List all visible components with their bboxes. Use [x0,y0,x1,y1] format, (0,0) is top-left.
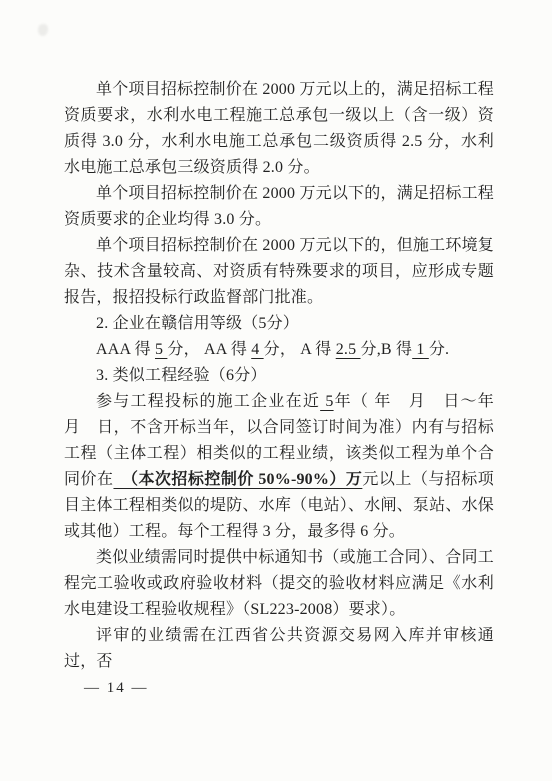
item-3-similar-experience: 3. 类似工程经验（6分） [64,363,494,389]
text-segment: 单个项目招标控制价在 2000 万元以下的，满足招标工程资质要求的企业均得 3.… [64,185,494,228]
text-segment: 分， AA 得 [167,341,251,358]
scan-smudge-mark [38,24,48,36]
underlined-text-segment: 2.5 [336,341,361,358]
text-segment: 分,B 得 [361,341,413,358]
para-control-price-below-2000: 单个项目招标控制价在 2000 万元以下的，满足招标工程资质要求的企业均得 3.… [64,181,494,233]
text-segment: 单个项目招标控制价在 2000 万元以上的，满足招标工程资质要求，水利水电工程施… [64,81,494,176]
para-evidence-materials: 类似业绩需同时提供中标通知书（或施工合同）、合同工程完工验收或政府验收材料（提交… [64,545,494,623]
text-segment: AAA 得 [96,341,155,358]
document-body-text: 单个项目招标控制价在 2000 万元以上的，满足招标工程资质要求，水利水电工程施… [64,77,494,675]
item-2-credit-rating: 2. 企业在赣信用等级（5分） [64,311,494,337]
para-credit-scores: AAA 得 5 分， AA 得 4 分， A 得 2.5 分,B 得 1 分. [64,337,494,363]
underlined-text-segment: （本次招标控制价 50%-90%）万 [113,471,362,488]
underlined-text-segment: 5 [155,341,167,358]
para-special-requirements: 单个项目招标控制价在 2000 万元以下的，但施工环境复杂、技术含量较高、对资质… [64,233,494,311]
underlined-text-segment: 5 [320,393,333,410]
text-segment: 类似业绩需同时提供中标通知书（或施工合同）、合同工程完工验收或政府验收材料（提交… [64,549,494,618]
scanned-document-page: 单个项目招标控制价在 2000 万元以上的，满足招标工程资质要求，水利水电工程施… [0,0,552,781]
text-segment: 评审的业绩需在江西省公共资源交易网入库并审核通过，否 [64,627,494,670]
para-control-price-above-2000: 单个项目招标控制价在 2000 万元以上的，满足招标工程资质要求，水利水电工程施… [64,77,494,181]
text-segment: 分. [429,341,449,358]
text-segment: 分， A 得 [264,341,336,358]
underlined-text-segment: 4 [251,341,263,358]
underlined-text-segment: 1 [412,341,429,358]
para-jiangxi-platform-review: 评审的业绩需在江西省公共资源交易网入库并审核通过，否 [64,623,494,675]
text-segment: 单个项目招标控制价在 2000 万元以下的，但施工环境复杂、技术含量较高、对资质… [64,237,494,306]
text-segment: 2. 企业在赣信用等级（5分） [96,315,299,332]
para-similar-project-rule: 参与工程投标的施工企业在近 5年（ 年 月 日～年 月 日，不含开标当年，以合同… [64,389,494,545]
page-number: — 14 — [84,680,149,697]
text-segment: 3. 类似工程经验（6分） [96,367,267,384]
text-segment: 参与工程投标的施工企业在近 [96,393,320,410]
